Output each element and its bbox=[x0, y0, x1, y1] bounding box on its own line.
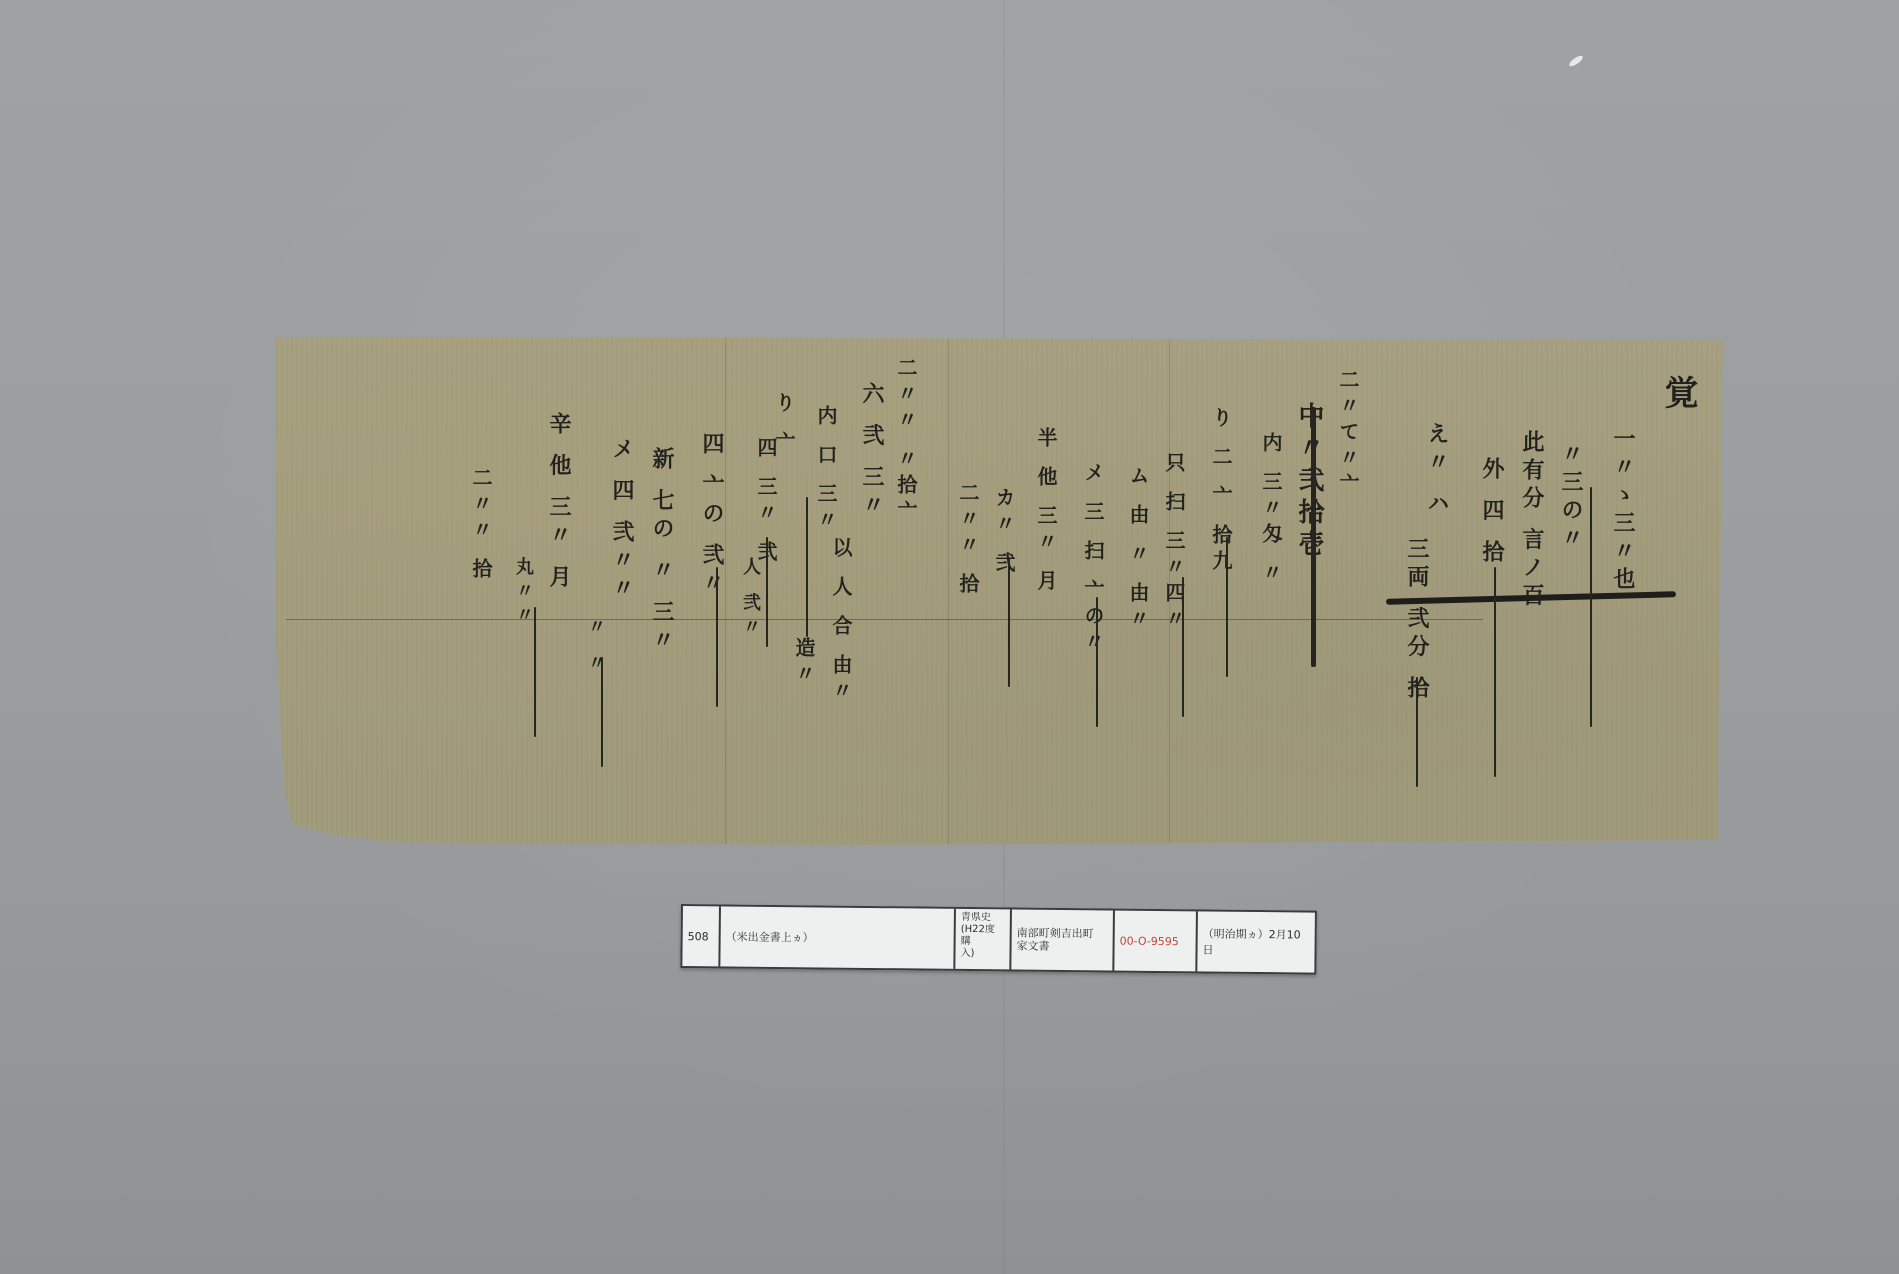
handwritten-column: 只 扫 三〃四〃 bbox=[1164, 452, 1184, 634]
ink-stroke bbox=[1494, 567, 1496, 777]
ink-stroke bbox=[1096, 597, 1098, 727]
handwritten-column: 辛 他 三〃 月 bbox=[548, 412, 570, 593]
handwritten-column: 一〃ゝ三〃也 bbox=[1612, 427, 1634, 595]
handwritten-column: カ〃 弐 bbox=[994, 487, 1014, 578]
label-title: （米出金書上ヵ） bbox=[720, 906, 956, 968]
ink-stroke bbox=[766, 537, 768, 647]
catalog-label: 508 （米出金書上ヵ） 青県史 (H22度購 入) 南部町剣吉出町 家文書 0… bbox=[680, 904, 1317, 975]
ink-stroke bbox=[1008, 557, 1010, 687]
handwritten-column: 造〃 bbox=[794, 637, 814, 689]
ink-stroke bbox=[806, 497, 808, 637]
handwritten-heading: 覚 bbox=[1661, 375, 1695, 415]
handwritten-column: ム 由 〃 由〃 bbox=[1128, 465, 1148, 634]
label-date: （明治期ヵ）2月10日 bbox=[1197, 911, 1315, 972]
handwritten-column: 内 口 三〃 bbox=[816, 405, 836, 535]
handwritten-column: 中〃弐拾壱 bbox=[1296, 402, 1322, 562]
handwritten-column: メ 三 扫 亠の〃 bbox=[1083, 462, 1103, 657]
handwritten-column: 二〃〃 〃拾亠 bbox=[896, 357, 916, 526]
ink-stroke bbox=[716, 567, 718, 707]
label-collection: 青県史 (H22度購 入) bbox=[955, 909, 1012, 970]
handwritten-column: 丸〃〃 bbox=[514, 557, 532, 629]
ink-stroke bbox=[601, 657, 603, 767]
handwritten-column: 四 亠の 弐〃 bbox=[701, 432, 723, 599]
handwritten-column: 二〃て〃亠 bbox=[1338, 369, 1358, 499]
handwritten-column: 新 七の 〃 三〃 bbox=[651, 447, 673, 656]
handwritten-column: 六 弐 三〃 bbox=[861, 382, 883, 521]
ink-stroke bbox=[1226, 537, 1228, 677]
handwritten-column: り 二 亠 拾九 bbox=[1211, 407, 1231, 576]
ink-stroke bbox=[1182, 577, 1184, 717]
handwritten-column: 此有分 言ノ百 bbox=[1521, 430, 1543, 612]
label-number: 508 bbox=[682, 906, 721, 966]
handwritten-column: 二〃〃 拾 bbox=[958, 482, 978, 599]
handwritten-column: 人 弐〃 bbox=[741, 557, 759, 641]
handwritten-column: 〃三の〃 bbox=[1560, 442, 1582, 554]
background-speck bbox=[1568, 54, 1585, 68]
handwritten-column: 外 四 拾 bbox=[1481, 457, 1503, 568]
label-source: 南部町剣吉出町 家文書 bbox=[1011, 909, 1115, 970]
handwritten-column: メ 四 弐〃〃 bbox=[611, 437, 633, 604]
handwritten-column: 以 人 合 由〃 bbox=[831, 537, 851, 706]
manuscript-document: 覚 一〃ゝ三〃也 〃三の〃 此有分 言ノ百 外 四 拾 え〃 ハ 三両 弐分 拾… bbox=[276, 337, 1723, 845]
handwritten-column: 半 他 三〃 月 bbox=[1036, 427, 1056, 596]
label-catalog-id: 00-O-9595 bbox=[1114, 911, 1198, 972]
ink-stroke bbox=[1416, 677, 1418, 787]
paper-fold bbox=[725, 337, 726, 845]
ink-guide-line bbox=[286, 619, 1483, 620]
handwritten-column: え〃 ハ bbox=[1426, 422, 1448, 520]
ink-stroke bbox=[534, 607, 536, 737]
paper-fold bbox=[948, 337, 949, 845]
handwritten-column: 二〃〃 拾 bbox=[471, 467, 491, 584]
handwritten-column: 内 三〃匁 〃 bbox=[1261, 432, 1281, 588]
ink-stroke bbox=[1311, 407, 1316, 667]
ink-stroke bbox=[1590, 487, 1592, 727]
